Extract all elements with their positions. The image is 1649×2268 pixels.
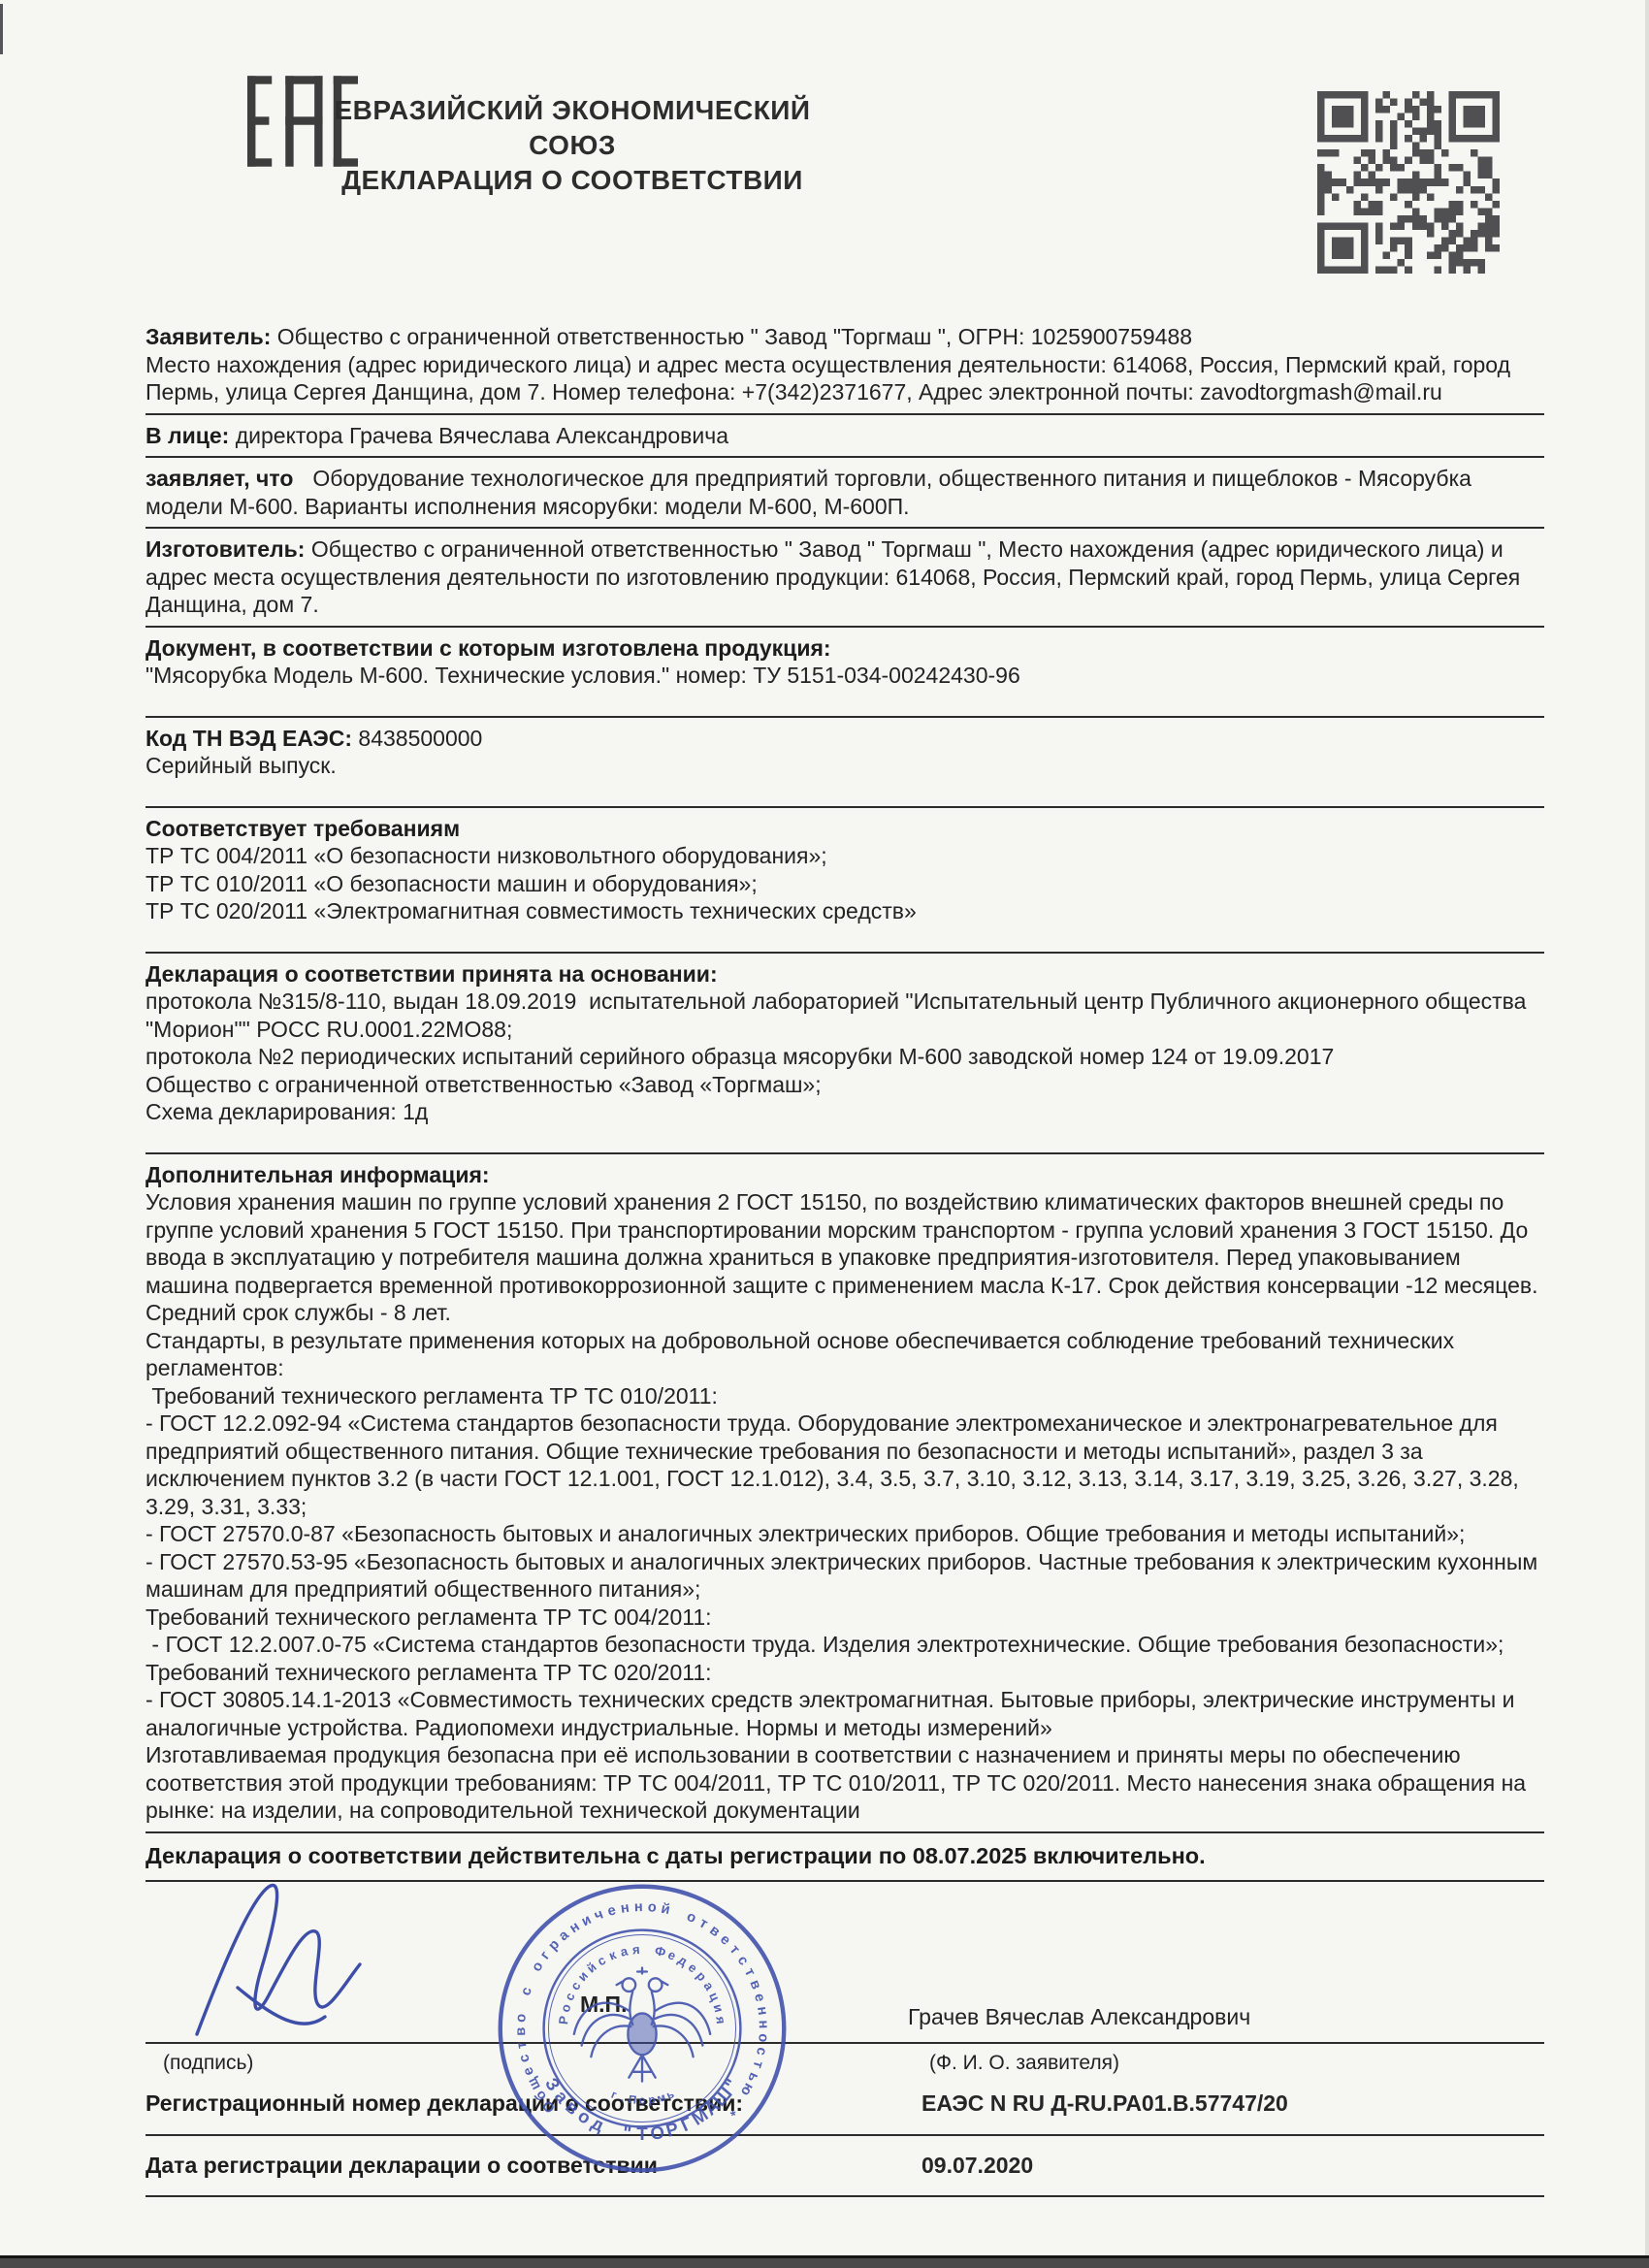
svg-text:в: в bbox=[706, 1923, 723, 1940]
document-text: "Мясорубка Модель М-600. Технические усл… bbox=[145, 662, 1544, 690]
registration-date-label: Дата регистрации декларации о соответств… bbox=[145, 2152, 921, 2180]
svg-text:е: е bbox=[751, 1992, 768, 2003]
registration-date-value: 09.07.2020 bbox=[921, 2152, 1033, 2180]
section-document: Документ, в соответствии с которым изгот… bbox=[145, 634, 1544, 709]
svg-text:Ф: Ф bbox=[654, 1943, 667, 1960]
svg-text:с: с bbox=[595, 1953, 608, 1969]
validity-statement: Декларация о соответствии действительна … bbox=[145, 1840, 1544, 1874]
applicant-label: Заявитель: bbox=[145, 324, 271, 349]
manufacturer-label: Изготовитель: bbox=[145, 536, 305, 562]
svg-text:я: я bbox=[713, 2016, 728, 2025]
section-divider bbox=[145, 716, 1544, 718]
section-applicant: Заявитель: Общество с ограниченной ответ… bbox=[145, 323, 1544, 415]
svg-text:т: т bbox=[696, 1916, 710, 1932]
scan-edge-artifact bbox=[0, 4, 3, 54]
section-divider bbox=[145, 626, 1544, 628]
additional-info-label: Дополнительная информация: bbox=[145, 1161, 1544, 1189]
title-line-union: ЕВРАЗИЙСКИЙ ЭКОНОМИЧЕСКИЙ СОЮЗ bbox=[320, 93, 824, 163]
tnved-label: Код ТН ВЭД ЕАЭС: bbox=[145, 726, 352, 751]
signature-area: Грачев Вячеслав Александрович М.П. bbox=[145, 1889, 1544, 2044]
section-additional-info: Дополнительная информация: Условия хране… bbox=[145, 1161, 1544, 1833]
in-person-inline: директора Грачева Вячеслава Александрови… bbox=[236, 423, 728, 448]
svg-text:н: н bbox=[620, 1900, 630, 1917]
section-in-person: В лице: директора Грачева Вячеслава Алек… bbox=[145, 422, 1544, 459]
tnved-code: 8438500000 bbox=[358, 726, 482, 751]
svg-text:а: а bbox=[619, 1943, 630, 1959]
applicant-fio: Грачев Вячеслав Александрович bbox=[908, 2003, 1250, 2031]
svg-text:а: а bbox=[556, 1927, 572, 1944]
registration-number-value: ЕАЭС N RU Д-RU.РА01.В.57747/20 bbox=[921, 2090, 1288, 2118]
svg-text:н: н bbox=[634, 1899, 643, 1915]
svg-text:е: е bbox=[686, 1960, 700, 1975]
manufacturer-inline: Общество с ограниченной ответственностью… bbox=[145, 536, 1520, 617]
section-manufacturer: Изготовитель: Общество с ограниченной от… bbox=[145, 535, 1544, 628]
svg-text:и: и bbox=[711, 2002, 727, 2014]
svg-text:ц: ц bbox=[706, 1991, 723, 2003]
svg-text:е: е bbox=[665, 1947, 677, 1963]
mp-placeholder: М.П. bbox=[580, 1991, 627, 2019]
handwritten-signature-icon bbox=[179, 1871, 403, 2056]
scan-right-shade bbox=[1645, 0, 1649, 2268]
svg-text:р: р bbox=[694, 1968, 710, 1984]
basis-label: Декларация о соответствии принята на осн… bbox=[145, 960, 1544, 988]
section-compliance: Соответствует требованиям ТР ТС 004/2011… bbox=[145, 815, 1544, 945]
svg-text:т: т bbox=[741, 1965, 758, 1979]
section-declares: заявляет, чтоОборудование технологическо… bbox=[145, 465, 1544, 529]
svg-text:я: я bbox=[631, 1942, 640, 1958]
svg-text:в: в bbox=[513, 2027, 529, 2036]
svg-text:ч: ч bbox=[593, 1906, 606, 1924]
title-line-declaration: ДЕКЛАРАЦИЯ О СООТВЕТСТВИИ bbox=[320, 163, 824, 198]
section-divider bbox=[145, 1831, 1544, 1833]
svg-text:о: о bbox=[558, 2002, 574, 2014]
qr-code bbox=[1317, 91, 1500, 274]
svg-text:к: к bbox=[606, 1947, 618, 1963]
registration-number-label: Регистрационный номер декларации о соотв… bbox=[145, 2090, 921, 2118]
section-divider bbox=[145, 806, 1544, 808]
svg-text:г: г bbox=[537, 1949, 553, 1962]
svg-text:д: д bbox=[675, 1952, 690, 1968]
section-tnved: Код ТН ВЭД ЕАЭС: 8438500000 Серийный вып… bbox=[145, 725, 1544, 799]
svg-text:Р: Р bbox=[556, 2015, 571, 2025]
section-divider bbox=[145, 527, 1544, 529]
svg-text:о: о bbox=[647, 1899, 657, 1916]
in-person-label: В лице: bbox=[145, 423, 229, 448]
svg-text:т: т bbox=[727, 1942, 743, 1958]
svg-text:о: о bbox=[684, 1909, 698, 1927]
section-basis: Декларация о соответствии принята на осн… bbox=[145, 960, 1544, 1146]
page-title: ЕВРАЗИЙСКИЙ ЭКОНОМИЧЕСКИЙ СОЮЗ ДЕКЛАРАЦИ… bbox=[320, 93, 824, 198]
svg-text:с: с bbox=[734, 1953, 752, 1968]
section-divider bbox=[145, 1152, 1544, 1154]
applicant-inline: Общество с ограниченной ответственностью… bbox=[277, 324, 1192, 349]
section-divider bbox=[145, 952, 1544, 954]
section-divider bbox=[145, 413, 1544, 415]
svg-text:н: н bbox=[566, 1919, 582, 1936]
scan-bottom-shadow bbox=[0, 2255, 1649, 2268]
registration-number-row: Регистрационный номер декларации о соотв… bbox=[145, 2081, 1544, 2127]
svg-text:и: и bbox=[579, 1912, 594, 1929]
additional-info-text: Условия хранения машин по группе условий… bbox=[145, 1188, 1544, 1825]
svg-text:н: н bbox=[756, 2020, 771, 2028]
applicant-text: Место нахождения (адрес юридического лиц… bbox=[145, 351, 1544, 406]
svg-text:и: и bbox=[575, 1968, 592, 1984]
svg-text:о: о bbox=[755, 2033, 771, 2043]
svg-text:в: в bbox=[746, 1978, 763, 1992]
tnved-serial: Серийный выпуск. bbox=[145, 752, 1544, 780]
document-label: Документ, в соответствии с которым изгот… bbox=[145, 634, 1544, 663]
declares-label: заявляет, что bbox=[145, 466, 293, 491]
section-divider bbox=[145, 456, 1544, 458]
svg-text:й: й bbox=[660, 1901, 671, 1918]
compliance-list: ТР ТС 004/2011 «О безопасности низковоль… bbox=[145, 842, 1544, 925]
fio-caption: (Ф. И. О. заявителя) bbox=[929, 2050, 1119, 2078]
svg-text:н: н bbox=[754, 2005, 770, 2016]
svg-text:о: о bbox=[529, 1960, 546, 1975]
svg-text:е: е bbox=[717, 1931, 733, 1948]
svg-text:е: е bbox=[606, 1902, 618, 1920]
svg-text:й: й bbox=[584, 1960, 599, 1976]
document-body: Заявитель: Общество с ограниченной ответ… bbox=[145, 323, 1544, 2204]
declares-inline: Оборудование технологическое для предпри… bbox=[145, 466, 1471, 519]
svg-text:р: р bbox=[545, 1936, 563, 1954]
basis-list: протокола №315/8-110, выдан 18.09.2019 и… bbox=[145, 988, 1544, 1126]
registration-date-row: Дата регистрации декларации о соответств… bbox=[145, 2143, 1544, 2189]
svg-text:с: с bbox=[562, 1991, 578, 2003]
compliance-label: Соответствует требованиям bbox=[145, 815, 1544, 843]
svg-text:а: а bbox=[700, 1979, 717, 1993]
section-divider bbox=[145, 2195, 1544, 2197]
svg-text:с: с bbox=[518, 1986, 535, 1998]
section-divider bbox=[145, 2134, 1544, 2136]
svg-text:о: о bbox=[513, 2013, 530, 2023]
declaration-document: ЕВРАЗИЙСКИЙ ЭКОНОМИЧЕСКИЙ СОЮЗ ДЕКЛАРАЦИ… bbox=[0, 0, 1649, 2268]
